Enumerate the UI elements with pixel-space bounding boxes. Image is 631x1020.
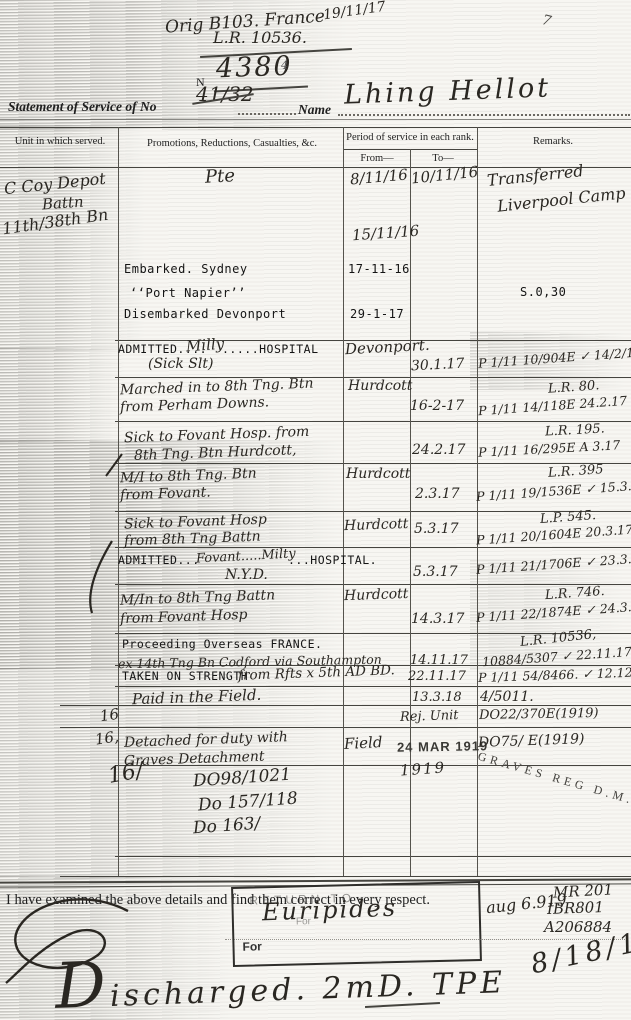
do-reference: DO98/1021 (192, 767, 291, 792)
header-from: From— (345, 153, 409, 164)
remark: DO75/ E(1919) (478, 732, 585, 750)
from-place: Field (344, 735, 383, 753)
scan-noise-page (0, 0, 631, 1020)
remark: L.R. 80. (548, 379, 600, 396)
name-dotted-leader (338, 113, 630, 116)
margin-note: IBR801 (547, 900, 604, 918)
from-date: 29-1-17 (350, 308, 404, 321)
event-entry-hand: from Rfts x 5th AD BD. (238, 663, 395, 683)
to-date: 10/11/16 (410, 165, 479, 188)
date-stamp: 24 MAR 1919 (397, 739, 488, 754)
to-date: 16-2-17 (410, 399, 464, 414)
table-bottom-rule (60, 876, 631, 877)
remark: P 1/11 10/904E ✓ 14/2/17 (478, 345, 631, 370)
row-rule (115, 421, 631, 422)
remark: L.R. 395 (548, 463, 604, 480)
footer-dotted-line (225, 938, 625, 940)
annotation-lr-number: L.R. 10536. (213, 30, 307, 47)
event-entry-hand: from Fovant. (120, 485, 211, 503)
no-dotted-leader (238, 112, 296, 115)
from-date: 17-11-16 (348, 263, 410, 276)
to-date: 14.11.17 (410, 654, 468, 668)
event-entry-hand: Graves Detachment (124, 750, 265, 770)
to-date: 5.3.17 (413, 565, 458, 580)
event-entry: .....HOSPITAL (222, 343, 319, 355)
from-date: 8/11/16 (349, 168, 408, 189)
from-place: Devonport. (345, 338, 430, 358)
header-period: Period of service in each rank. (345, 132, 475, 143)
remark: P 1/11 19/1536E ✓ 15.3.17 (476, 478, 631, 503)
row-rule (115, 547, 631, 548)
from-place: Hurdcott (344, 587, 409, 604)
statement-label: Statement of Service of No (8, 100, 156, 114)
remark: L.R. 746. (545, 585, 606, 603)
scan-noise-band (0, 348, 130, 443)
do-reference: Do 163/ (192, 816, 261, 839)
remark: P 1/11 22/1874E ✓ 24.3.17 (476, 599, 631, 624)
to-date: 1919 (400, 760, 447, 779)
unit-entry-line3: 11th/38th Bn (1, 207, 109, 238)
row-rule (115, 686, 631, 687)
to-note: Rej. Unit (400, 709, 459, 725)
header-unit: Unit in which served. (4, 136, 116, 147)
event-entry-hand: 8th Tng. Btn Hurdcott, (134, 443, 297, 463)
event-entry-hand: N.Y.D. (225, 568, 268, 583)
event-entry-hand: (Sick Slt) (148, 357, 213, 372)
header-promotions: Promotions, Reductions, Casualties, &c. (124, 138, 340, 149)
from-place: Hurdcott (346, 467, 410, 482)
stamp-signature: Euripides (262, 896, 398, 926)
from-place: Hurdcott (348, 379, 412, 394)
rank-entry: Pte (205, 167, 236, 187)
remark: L.R. 195. (545, 422, 605, 439)
title-rule (0, 119, 631, 120)
event-entry: Disembarked Devonport (124, 308, 286, 321)
margin-mark: 16, (94, 729, 120, 748)
from-place: Hurdcott (344, 517, 409, 534)
header-remarks: Remarks. (480, 136, 626, 147)
event-entry: ...HOSPITAL. (288, 554, 377, 566)
row-rule (115, 463, 631, 464)
event-entry: Embarked. Sydney (124, 263, 248, 276)
name-label: Name (298, 103, 331, 117)
to-date: 30.1.17 (411, 357, 465, 374)
event-entry-hand: Detached for duty with (124, 730, 288, 750)
col-line-promotions (343, 127, 344, 876)
to-date: 5.3.17 (414, 522, 459, 537)
event-entry-hand: M/In to 8th Tng Battn (120, 588, 276, 608)
remark: P 1/11 21/1706E ✓ 23.3.17 (476, 551, 631, 576)
margin-slash-stroke (104, 452, 124, 478)
margin-mark: 16/ (106, 759, 145, 788)
row-rule (60, 727, 631, 728)
remark: DO22/370E(1919) (479, 707, 599, 723)
to-date: 13.3.18 (412, 691, 462, 705)
graves-reg-stamp: GRAVES REG D.M. (476, 750, 631, 807)
event-entry: Proceeding Overseas FRANCE. (122, 638, 322, 650)
annotation-date: 19/11/17 (322, 0, 386, 23)
remark: P 1/11 14/118E 24.2.17 (478, 394, 628, 418)
row-rule (115, 856, 631, 857)
margin-check-stroke (82, 535, 142, 620)
remark: 4/5011. (480, 690, 534, 705)
row-rule (115, 584, 631, 585)
event-entry-hand: M/I to 8th Tng. Btn (120, 467, 257, 486)
corner-mark: 7 (540, 13, 552, 29)
to-date: 22.11.17 (408, 670, 466, 684)
do-reference: Do 157/118 (197, 791, 298, 816)
scanned-service-record: Orig B103. France 19/11/17 L.R. 10536. N… (0, 0, 631, 1020)
to-date: 24.2.17 (412, 443, 465, 458)
remark: Liverpool Camp (496, 185, 626, 215)
to-date: 14.3.17 (411, 612, 464, 627)
to-date: 2.3.17 (415, 487, 460, 502)
event-entry-hand: Fovant.....Milty (196, 547, 296, 566)
remark: P 1/11 16/295E A 3.17 (478, 438, 621, 459)
remark: S.0,30 (520, 286, 566, 299)
remark: P 1/11 20/1604E 20.3.17 (476, 523, 631, 547)
stray-mark: 4 (281, 60, 288, 72)
header-to: To— (411, 153, 475, 164)
margin-mark: 16 (99, 707, 120, 725)
table-top-rule (0, 127, 631, 128)
event-entry-hand: Milly (185, 337, 224, 355)
event-entry: ‘‘Port Napier’’ (130, 287, 246, 300)
name-value: Lhing Hellot (344, 74, 552, 110)
event-entry-hand: Marched in to 8th Tng. Btn (120, 377, 314, 398)
event-entry-hand: from Perham Downs. (120, 395, 270, 415)
event-entry: TAKEN ON STRENGTH (122, 670, 248, 682)
